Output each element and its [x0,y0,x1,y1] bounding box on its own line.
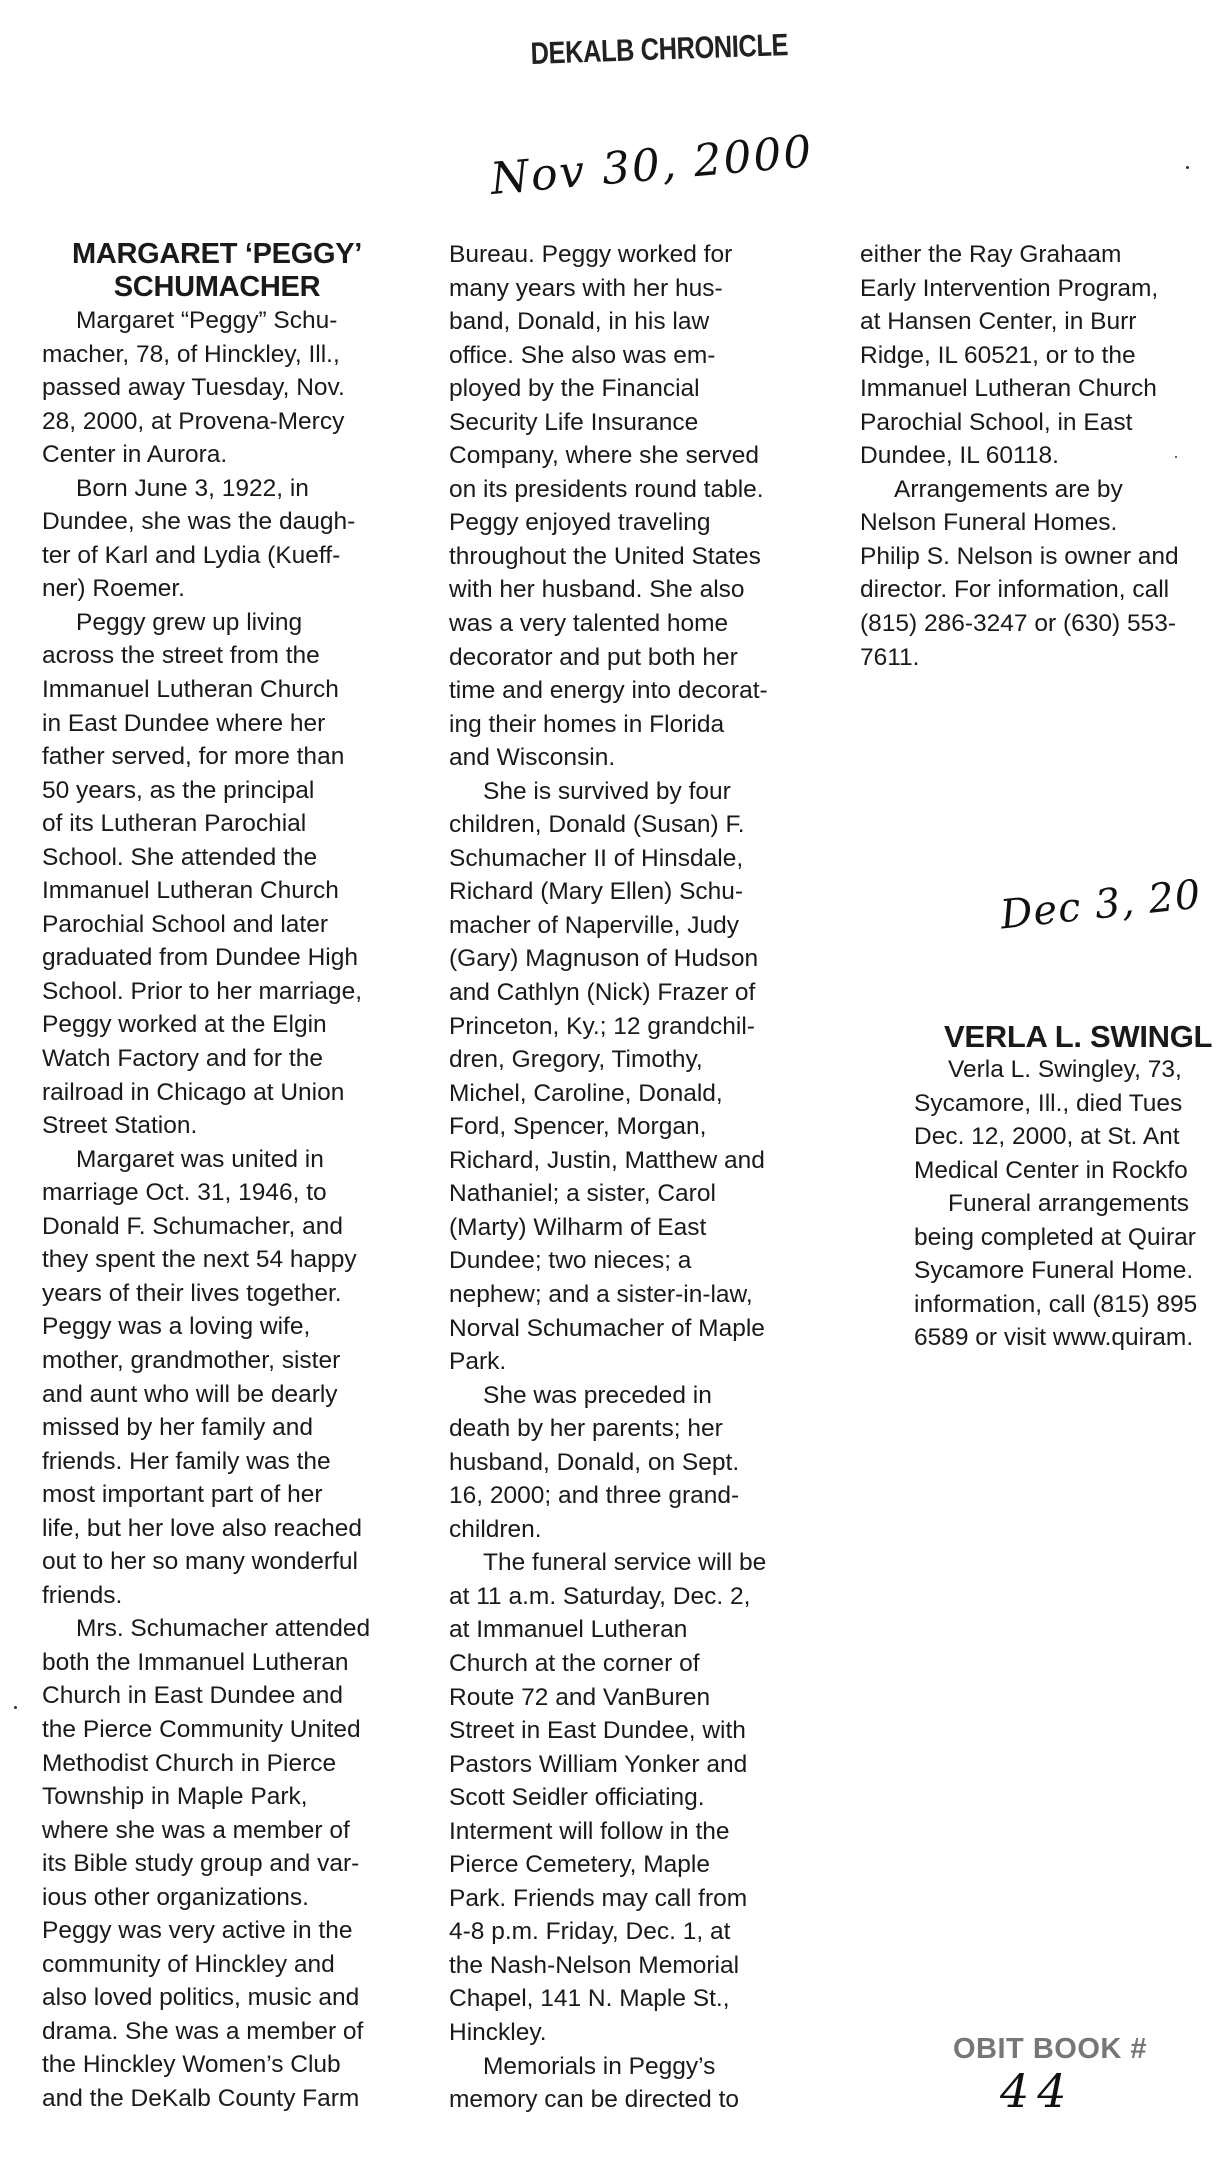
obituary-1-column-1-body: Margaret “Peggy” Schu-macher, 78, of Hin… [42,304,422,2116]
text-line: 16, 2000; and three grand- [449,1479,829,1513]
text-line: ployed by the Financial [449,372,829,406]
text-line: School. She attended the [42,841,422,875]
obituary-1-column-2-body: Bureau. Peggy worked formany years with … [449,238,829,2117]
text-line: Scott Seidler officiating. [449,1781,829,1815]
text-line: they spent the next 54 happy [42,1243,422,1277]
text-line: husband, Donald, on Sept. [449,1446,829,1480]
text-line: Ford, Spencer, Morgan, [449,1110,829,1144]
text-line: nephew; and a sister-in-law, [449,1278,829,1312]
text-line: ing their homes in Florida [449,708,829,742]
text-line: Ridge, IL 60521, or to the [860,339,1226,373]
obit-book-stamp: OBIT BOOK # [953,2033,1147,2066]
text-line: 7611. [860,641,1226,675]
text-line: the Hinckley Women’s Club [42,2048,422,2082]
text-line: missed by her family and [42,1411,422,1445]
text-line: Church at the corner of [449,1647,829,1681]
handwritten-date-right: Dec 3, 20 [998,872,1203,939]
text-line: with her husband. She also [449,573,829,607]
text-line: father served, for more than [42,740,422,774]
text-line: She was preceded in [449,1379,829,1413]
scan-speck [1175,456,1177,458]
text-line: of its Lutheran Parochial [42,807,422,841]
text-line: passed away Tuesday, Nov. [42,371,422,405]
text-line: at Immanuel Lutheran [449,1613,829,1647]
text-line: Funeral arrangements [914,1187,1226,1221]
text-line: on its presidents round table. [449,473,829,507]
text-line: and aunt who will be dearly [42,1378,422,1412]
text-line: graduated from Dundee High [42,941,422,975]
text-line: Peggy was very active in the [42,1914,422,1948]
text-line: Verla L. Swingley, 73, [914,1053,1226,1087]
text-line: (815) 286-3247 or (630) 553- [860,607,1226,641]
text-line: decorator and put both her [449,641,829,675]
text-line: Interment will follow in the [449,1815,829,1849]
text-line: Immanuel Lutheran Church [42,874,422,908]
text-line: many years with her hus- [449,272,829,306]
scan-speck [14,1706,17,1709]
text-line: children, Donald (Susan) F. [449,808,829,842]
text-line: Norval Schumacher of Maple [449,1312,829,1346]
text-line: was a very talented home [449,607,829,641]
text-line: and the DeKalb County Farm [42,2082,422,2116]
text-line: Township in Maple Park, [42,1780,422,1814]
newspaper-masthead: DEKALB CHRONICLE [530,27,789,72]
text-line: ner) Roemer. [42,572,422,606]
text-line: Chapel, 141 N. Maple St., [449,1982,829,2016]
text-line: Parochial School and later [42,908,422,942]
text-line: life, but her love also reached [42,1512,422,1546]
text-line: death by her parents; her [449,1412,829,1446]
text-line: in East Dundee where her [42,707,422,741]
text-line: Bureau. Peggy worked for [449,238,829,272]
text-line: Margaret was united in [42,1143,422,1177]
text-line: its Bible study group and var- [42,1847,422,1881]
text-line: marriage Oct. 31, 1946, to [42,1176,422,1210]
text-line: across the street from the [42,639,422,673]
obit-book-number: 44 [1000,2064,1075,2118]
text-line: railroad in Chicago at Union [42,1076,422,1110]
text-line: mother, grandmother, sister [42,1344,422,1378]
text-line: Watch Factory and for the [42,1042,422,1076]
text-line: Memorials in Peggy’s [449,2050,829,2084]
text-line: also loved politics, music and [42,1981,422,2015]
text-line: The funeral service will be [449,1546,829,1580]
text-line: Dundee, she was the daugh- [42,505,422,539]
obituary-2-body: Verla L. Swingley, 73,Sycamore, Ill., di… [914,1053,1226,1355]
text-line: (Marty) Wilharm of East [449,1211,829,1245]
text-line: Richard (Mary Ellen) Schu- [449,875,829,909]
text-line: time and energy into decorat- [449,674,829,708]
text-line: memory can be directed to [449,2083,829,2117]
text-line: 28, 2000, at Provena-Mercy [42,405,422,439]
text-line: Center in Aurora. [42,438,422,472]
text-line: 50 years, as the principal [42,774,422,808]
text-line: Security Life Insurance [449,406,829,440]
text-line: drama. She was a member of [42,2015,422,2049]
text-line: community of Hinckley and [42,1948,422,1982]
text-line: Margaret “Peggy” Schu- [42,304,422,338]
handwritten-date-top: Nov 30, 2000 [488,126,815,205]
text-line: friends. Her family was the [42,1445,422,1479]
text-line: Nathaniel; a sister, Carol [449,1177,829,1211]
text-line: Methodist Church in Pierce [42,1747,422,1781]
text-line: (Gary) Magnuson of Hudson [449,942,829,976]
text-line: Route 72 and VanBuren [449,1681,829,1715]
text-line: Mrs. Schumacher attended [42,1612,422,1646]
text-line: Immanuel Lutheran Church [42,673,422,707]
text-line: and Cathlyn (Nick) Frazer of [449,976,829,1010]
text-line: ious other organizations. [42,1881,422,1915]
text-line: children. [449,1513,829,1547]
text-line: Arrangements are by [860,473,1226,507]
text-line: Born June 3, 1922, in [42,472,422,506]
text-line: Dundee; two nieces; a [449,1244,829,1278]
obituary-1-headline: MARGARET ‘PEGGY’ SCHUMACHER [52,238,382,304]
text-line: Peggy was a loving wife, [42,1310,422,1344]
obituary-2: VERLA L. SWINGL Verla L. Swingley, 73,Sy… [914,1020,1226,1355]
text-line: Immanuel Lutheran Church [860,372,1226,406]
text-line: Nelson Funeral Homes. [860,506,1226,540]
text-line: Company, where she served [449,439,829,473]
obituary-1-column-2: Bureau. Peggy worked formany years with … [449,238,829,2117]
text-line: the Nash-Nelson Memorial [449,1949,829,1983]
text-line: the Pierce Community United [42,1713,422,1747]
text-line: Church in East Dundee and [42,1679,422,1713]
text-line: School. Prior to her marriage, [42,975,422,1009]
text-line: macher, 78, of Hinckley, Ill., [42,338,422,372]
text-line: ter of Karl and Lydia (Kueff- [42,539,422,573]
text-line: Sycamore, Ill., died Tues [914,1087,1226,1121]
text-line: Sycamore Funeral Home. [914,1254,1226,1288]
text-line: Princeton, Ky.; 12 grandchil- [449,1010,829,1044]
headline-line: MARGARET ‘PEGGY’ [52,238,382,271]
text-line: dren, Gregory, Timothy, [449,1043,829,1077]
text-line: and Wisconsin. [449,741,829,775]
text-line: Dundee, IL 60118. [860,439,1226,473]
text-line: Pastors William Yonker and [449,1748,829,1782]
text-line: Peggy enjoyed traveling [449,506,829,540]
text-line: band, Donald, in his law [449,305,829,339]
text-line: Medical Center in Rockfo [914,1154,1226,1188]
text-line: out to her so many wonderful [42,1545,422,1579]
text-line: at 11 a.m. Saturday, Dec. 2, [449,1580,829,1614]
text-line: director. For information, call [860,573,1226,607]
text-line: either the Ray Grahaam [860,238,1226,272]
text-line: Michel, Caroline, Donald, [449,1077,829,1111]
scan-speck [1186,166,1189,169]
text-line: Philip S. Nelson is owner and [860,540,1226,574]
text-line: being completed at Quirar [914,1221,1226,1255]
text-line: Park. Friends may call from [449,1882,829,1916]
text-line: most important part of her [42,1478,422,1512]
text-line: Hinckley. [449,2016,829,2050]
text-line: 6589 or visit www.quiram. [914,1321,1226,1355]
text-line: Pierce Cemetery, Maple [449,1848,829,1882]
obituary-2-headline: VERLA L. SWINGL [944,1020,1226,1053]
text-line: Park. [449,1345,829,1379]
text-line: Peggy grew up living [42,606,422,640]
text-line: both the Immanuel Lutheran [42,1646,422,1680]
text-line: Early Intervention Program, [860,272,1226,306]
text-line: Peggy worked at the Elgin [42,1008,422,1042]
text-line: Parochial School, in East [860,406,1226,440]
text-line: Street Station. [42,1109,422,1143]
obituary-1-column-3: either the Ray GrahaamEarly Intervention… [860,238,1226,674]
text-line: Richard, Justin, Matthew and [449,1144,829,1178]
text-line: throughout the United States [449,540,829,574]
text-line: where she was a member of [42,1814,422,1848]
text-line: macher of Naperville, Judy [449,909,829,943]
text-line: She is survived by four [449,775,829,809]
text-line: friends. [42,1579,422,1613]
text-line: 4-8 p.m. Friday, Dec. 1, at [449,1915,829,1949]
text-line: information, call (815) 895 [914,1288,1226,1322]
obituary-1-column-3-body: either the Ray GrahaamEarly Intervention… [860,238,1226,674]
text-line: Schumacher II of Hinsdale, [449,842,829,876]
text-line: Dec. 12, 2000, at St. Ant [914,1120,1226,1154]
headline-line: SCHUMACHER [52,271,382,304]
obituary-1-column-1: MARGARET ‘PEGGY’ SCHUMACHER Margaret “Pe… [42,238,422,2116]
text-line: Street in East Dundee, with [449,1714,829,1748]
text-line: office. She also was em- [449,339,829,373]
text-line: Donald F. Schumacher, and [42,1210,422,1244]
text-line: at Hansen Center, in Burr [860,305,1226,339]
text-line: years of their lives together. [42,1277,422,1311]
